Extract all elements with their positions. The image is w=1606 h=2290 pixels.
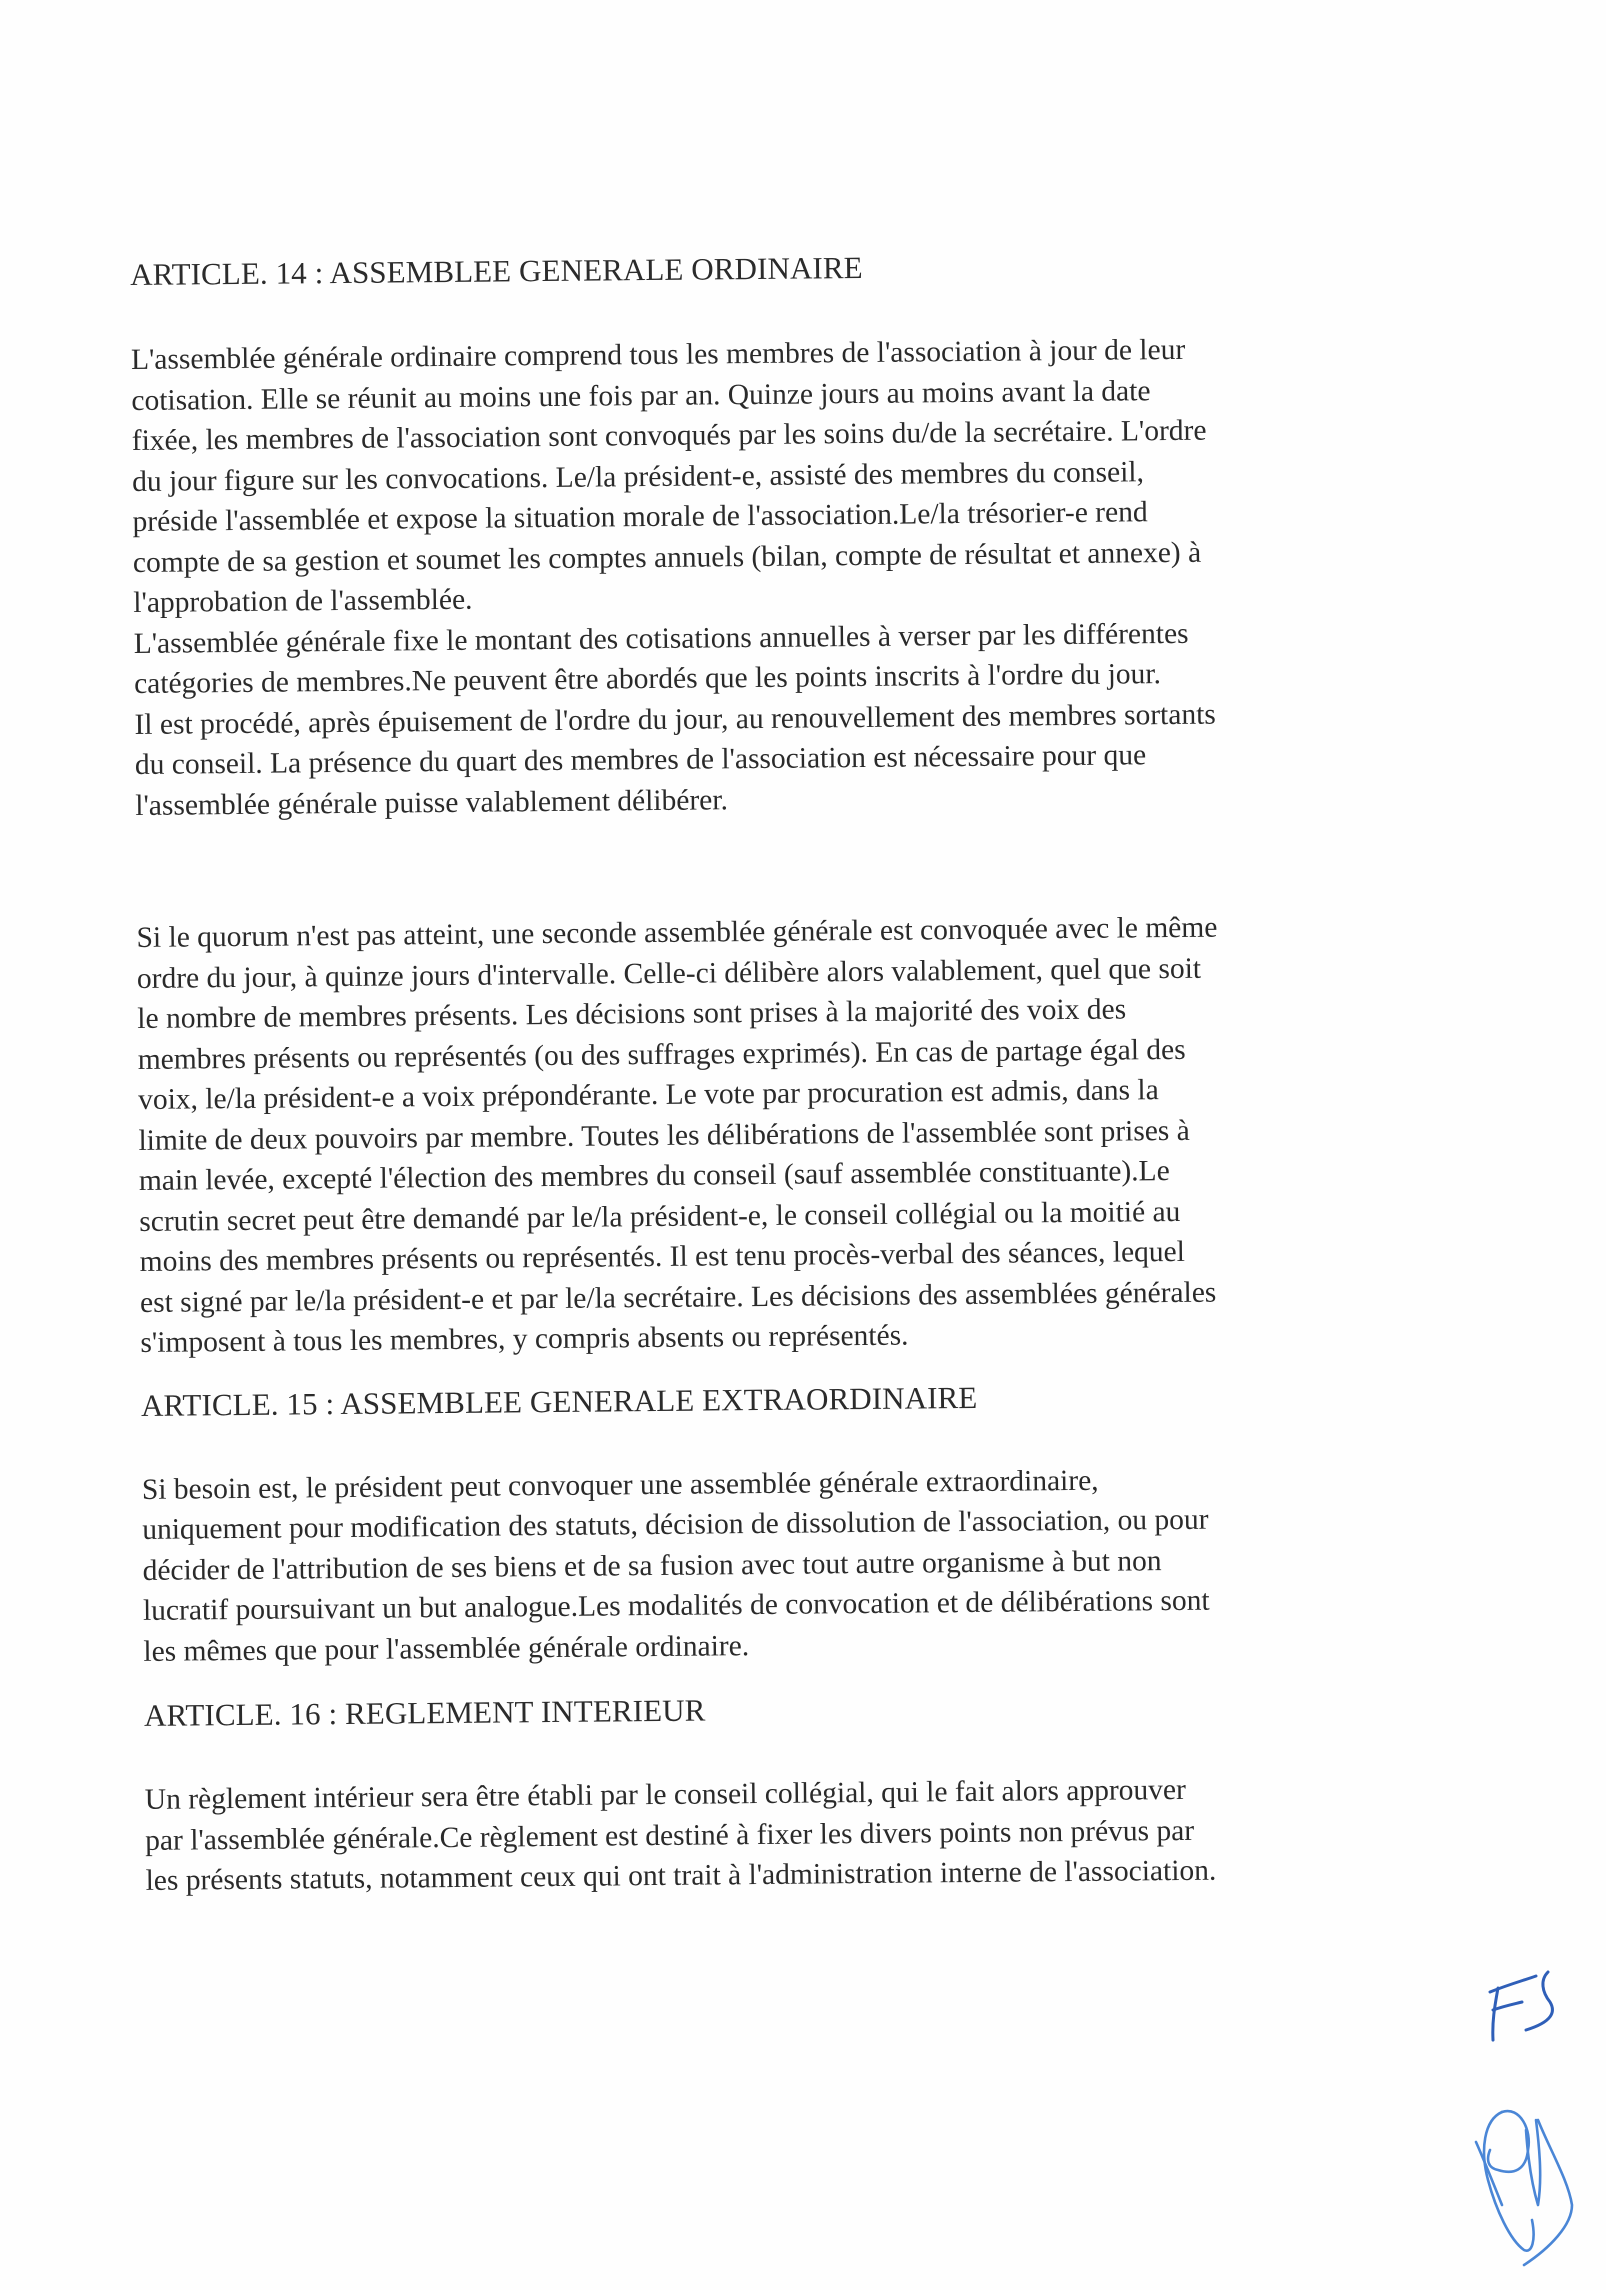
article-14-heading: ARTICLE. 14 : ASSEMBLEE GENERALE ORDINAI…: [130, 242, 1470, 295]
article-14-paragraph-2: Si le quorum n'est pas atteint, une seco…: [136, 905, 1480, 1363]
article-15-paragraph-1: Si besoin est, le président peut convoqu…: [142, 1457, 1484, 1672]
scanned-page: ARTICLE. 14 : ASSEMBLEE GENERALE ORDINAI…: [0, 0, 1606, 2290]
article-15-heading: ARTICLE. 15 : ASSEMBLEE GENERALE EXTRAOR…: [141, 1373, 1481, 1426]
article-15: ARTICLE. 15 : ASSEMBLEE GENERALE EXTRAOR…: [141, 1373, 1484, 1672]
article-16: ARTICLE. 16 : REGLEMENT INTERIEUR Un règ…: [144, 1683, 1486, 1901]
article-16-heading: ARTICLE. 16 : REGLEMENT INTERIEUR: [144, 1683, 1484, 1736]
initials-signature-icon: [1440, 1880, 1606, 2290]
initials-fs-icon: [1490, 1972, 1552, 2040]
article-16-paragraph-1: Un règlement intérieur sera être établi …: [145, 1767, 1486, 1901]
article-14-paragraph-1: L'assemblée générale ordinaire comprend …: [131, 327, 1476, 826]
article-14: ARTICLE. 14 : ASSEMBLEE GENERALE ORDINAI…: [130, 242, 1481, 1363]
document-body: ARTICLE. 14 : ASSEMBLEE GENERALE ORDINAI…: [130, 242, 1486, 1901]
signature-scribble-icon: [1476, 2111, 1572, 2265]
handwritten-initials: [1440, 1880, 1606, 2290]
